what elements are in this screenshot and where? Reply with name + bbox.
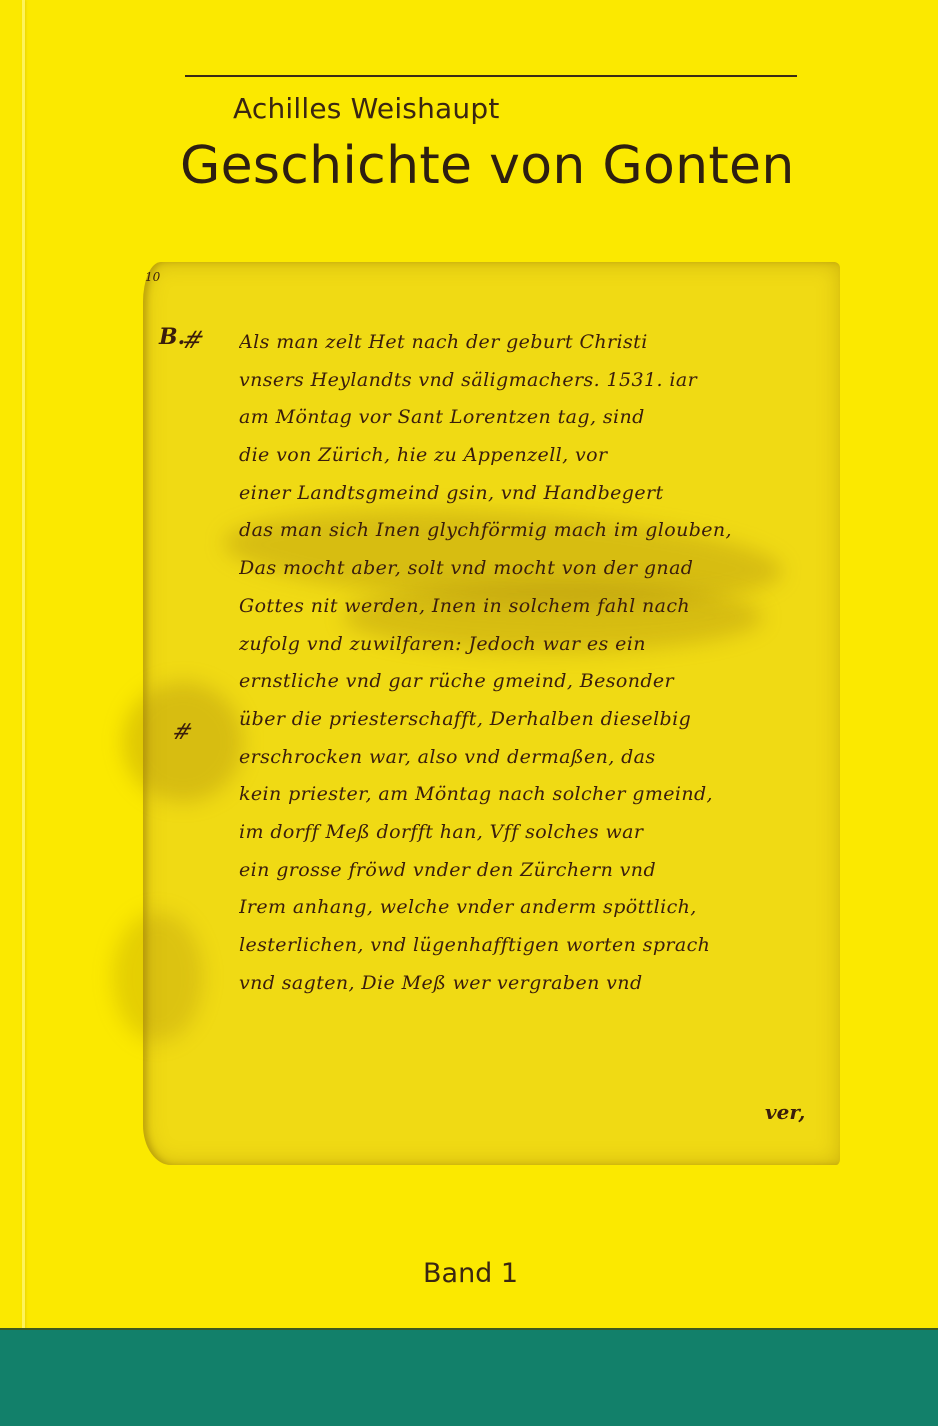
text-line: über die priesterschafft, Derhalben dies…	[239, 701, 780, 739]
book-cover: Achilles Weishaupt Geschichte von Gonten…	[0, 0, 938, 1426]
text-line: erschrocken war, also vnd dermaßen, das	[239, 739, 780, 777]
text-line: einer Landtsgmeind gsin, vnd Handbegert	[239, 475, 780, 513]
manuscript-image: 10 B. # # Als man zelt Het nach der gebu…	[143, 262, 840, 1165]
corner-page-number: 10	[145, 270, 160, 284]
text-line: im dorff Meß dorfft han, Vff solches war	[239, 814, 780, 852]
top-rule-divider	[185, 75, 797, 77]
text-line: zufolg vnd zuwilfaren: Jedoch war es ein	[239, 626, 780, 664]
text-line: Als man zelt Het nach der geburt Christi	[239, 324, 780, 362]
text-line: Irem anhang, welche vnder anderm spöttli…	[239, 889, 780, 927]
text-line: ein grosse fröwd vnder den Zürchern vnd	[239, 852, 780, 890]
spine-hinge	[22, 0, 25, 1335]
text-line: kein priester, am Möntag nach solcher gm…	[239, 776, 780, 814]
text-line: Das mocht aber, solt vnd mocht von der g…	[239, 550, 780, 588]
handwritten-text: Als man zelt Het nach der geburt Christi…	[239, 324, 780, 1002]
text-line: ernstliche vnd gar rüche gmeind, Besonde…	[239, 663, 780, 701]
water-stain	[113, 912, 203, 1042]
book-title: Geschichte von Gonten	[180, 136, 795, 196]
author-name: Achilles Weishaupt	[233, 92, 500, 125]
text-line: vnd sagten, Die Meß wer vergraben vnd	[239, 965, 780, 1003]
text-line: lesterlichen, vnd lügenhafftigen worten …	[239, 927, 780, 965]
green-bottom-band	[0, 1330, 938, 1426]
text-line: das man sich Inen glychförmig mach im gl…	[239, 512, 780, 550]
text-line: vnsers Heylandts vnd säligmachers. 1531.…	[239, 362, 780, 400]
text-line: Gottes nit werden, Inen in solchem fahl …	[239, 588, 780, 626]
text-line: am Möntag vor Sant Lorentzen tag, sind	[239, 399, 780, 437]
text-line: die von Zürich, hie zu Appenzell, vor	[239, 437, 780, 475]
catchword: ver,	[765, 1100, 805, 1124]
volume-label: Band 1	[423, 1258, 518, 1289]
